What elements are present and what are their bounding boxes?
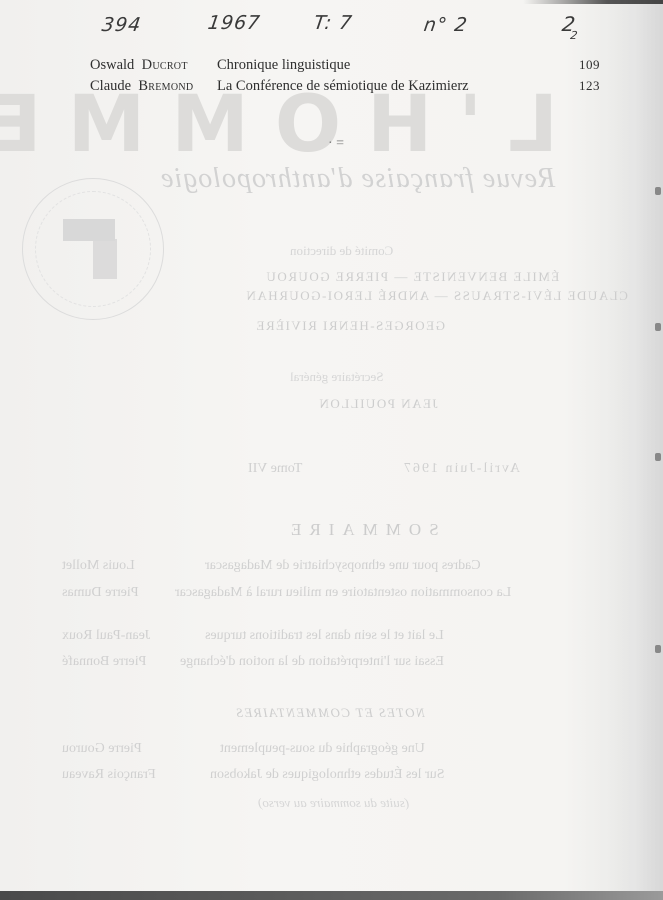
binding-mark: [655, 323, 661, 331]
handwritten-issue: n° 2: [422, 14, 469, 36]
toc-author: Oswald Ducrot: [90, 57, 188, 74]
toc-page-number: 123: [579, 78, 600, 94]
bleed-secretary-name: JEAN POUILLON: [318, 396, 438, 412]
bleed-volume: Tome VII: [248, 461, 302, 477]
binding-mark: [655, 187, 661, 195]
bleed-committee-line: GEORGES-HENRI RIVIÈRE: [255, 318, 445, 334]
binding-mark: [655, 453, 661, 461]
bleed-summary-title: La consommation ostentatoire en milieu r…: [175, 585, 511, 601]
toc-entry: Claude Bremond La Conférence de sémiotiq…: [90, 78, 600, 98]
library-stamp: [22, 178, 164, 320]
toc-author-surname: Ducrot: [142, 57, 188, 73]
scan-top-edge: [523, 0, 663, 4]
toc-author: Claude Bremond: [90, 78, 193, 95]
toc-page-number: 109: [579, 57, 600, 73]
bleed-summary-heading: SOMMAIRE: [283, 520, 439, 540]
bleed-summary-title: Cadres pour une ethnopsychiatrie de Mada…: [205, 558, 481, 574]
bleed-committee-line: ÉMILE BENVENISTE — PIERRE GOUROU: [265, 269, 559, 285]
handwritten-part: 22: [560, 12, 586, 39]
bleed-notes-title: Une géographie du sous-peuplement: [220, 741, 425, 757]
bleed-subtitle: Revue française d'anthropologie: [160, 163, 555, 195]
bleed-summary-author: Jean-Paul Roux: [62, 628, 150, 644]
bleed-date: Avril-Juin 1967: [402, 461, 520, 477]
toc-entry: Oswald Ducrot Chronique linguistique 109: [90, 57, 600, 77]
bleed-notes-heading: NOTES ET COMMENTAIRES: [235, 705, 425, 721]
toc-title: Chronique linguistique: [217, 57, 350, 74]
bleed-summary-author: Pierre Dumas: [62, 585, 139, 601]
bleed-committee-line: CLAUDE LÉVI-STRAUSS — ANDRÉ LEROI-GOURHA…: [245, 288, 628, 304]
toc-title: La Conférence de sémiotique de Kazimierz: [217, 78, 469, 95]
scan-bottom-edge: [0, 891, 663, 900]
bleed-summary-title: Le lait et le sein dans les traditions t…: [205, 628, 444, 644]
handwritten-part-total: 2: [569, 29, 579, 42]
handwritten-year: 1967: [206, 12, 261, 34]
library-stamp-emblem-icon: [63, 219, 118, 279]
bleed-summary-title: Essai sur l'interprétation de la notion …: [180, 654, 444, 670]
handwritten-tome: T: 7: [312, 12, 353, 34]
bleed-summary-author: Pierre Bonnafé: [62, 654, 146, 670]
page-gutter-shadow: [608, 0, 663, 900]
bleed-notes-author: François Raveau: [62, 767, 156, 783]
bleed-summary-author: Louis Mollet: [62, 558, 135, 574]
bleed-secretary-label: Secrétaire général: [290, 369, 383, 385]
handwritten-catalog-number: 394: [100, 14, 142, 36]
bleed-committee-label: Comité de direction: [290, 243, 393, 259]
bleed-notes-title: Sur les Études ethnologiques de Jakobson: [210, 767, 444, 783]
bleed-notes-author: Pierre Gourou: [62, 741, 142, 757]
bleed-notes-footer: (suite du sommaire au verso): [258, 795, 409, 811]
binding-mark: [655, 645, 661, 653]
toc-author-surname: Bremond: [138, 78, 193, 94]
pen-mark: · =: [328, 136, 344, 152]
